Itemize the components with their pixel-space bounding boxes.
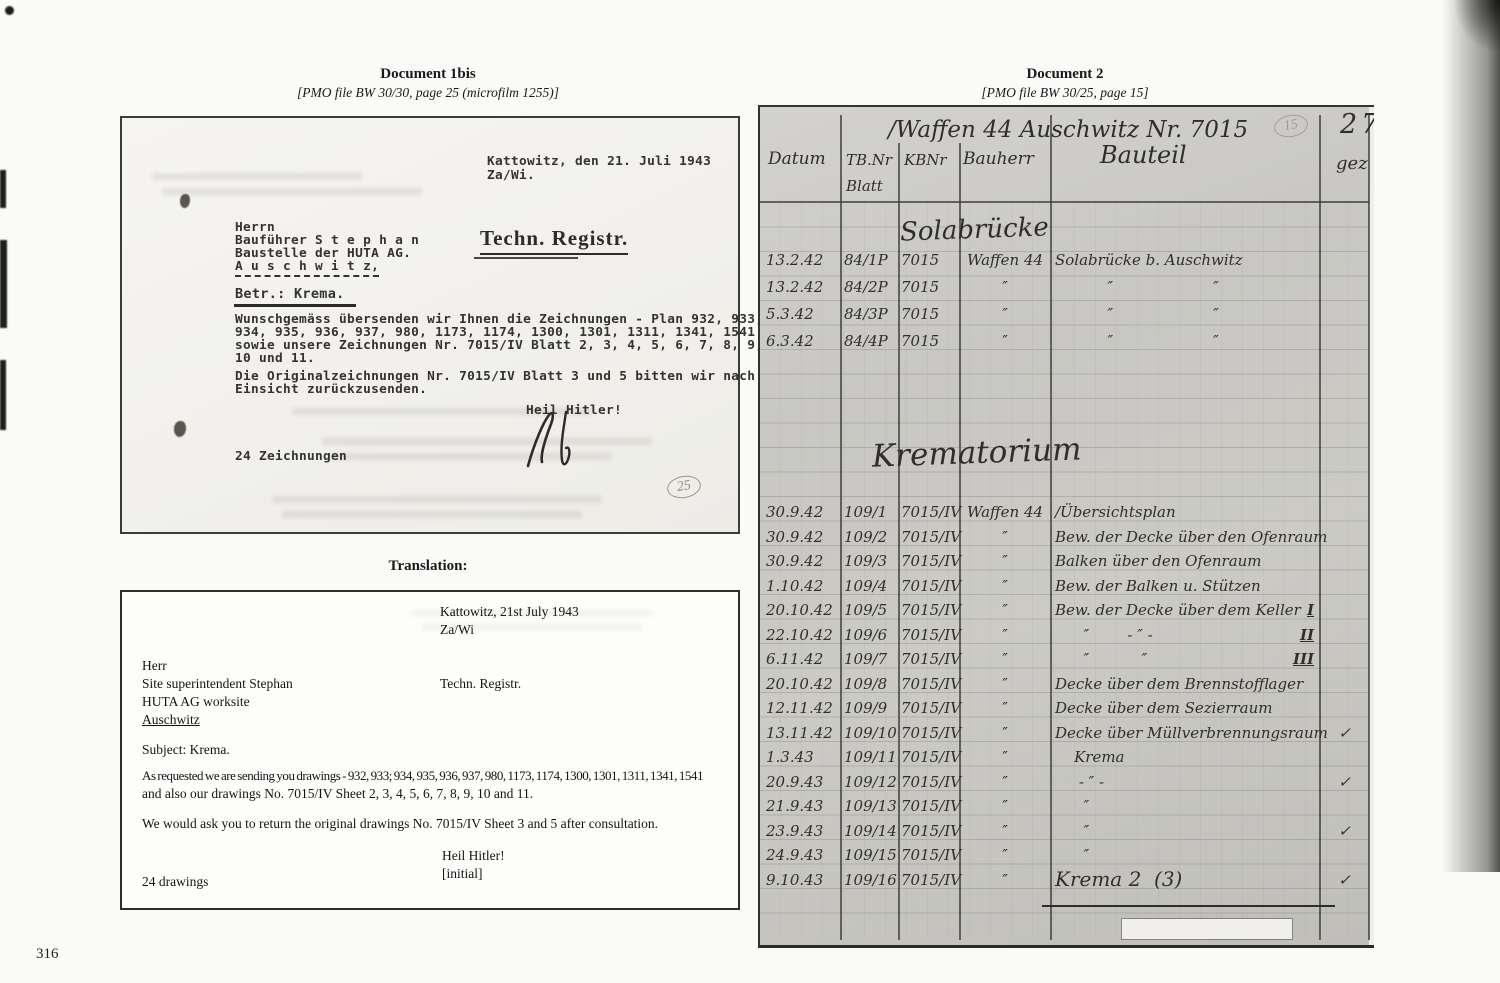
ledger-bauteil: ″	[1055, 797, 1317, 815]
ledger-bauherr: ″	[961, 699, 1049, 717]
subject-underline	[234, 304, 356, 307]
ledger-date: 21.9.43	[766, 797, 838, 815]
ledger-bauteil: Decke über dem Brennstofflager	[1055, 675, 1317, 693]
ledger-date: 13.2.42	[766, 251, 838, 269]
translation-body-line: As requested we are sending you drawings…	[142, 768, 703, 784]
roman-numeral-mark: II	[1276, 626, 1314, 644]
ledger-tb-nr: 109/5	[844, 601, 898, 619]
ledger-row: 1.10.42109/47015/IV″Bew. der Balken u. S…	[760, 577, 1374, 602]
ledger-date: 12.11.42	[766, 699, 838, 717]
ledger-row: 21.9.43109/137015/IV″ ″	[760, 797, 1374, 822]
ledger-date: 30.9.42	[766, 528, 838, 546]
translation-recipient-line: Site superintendent Stephan	[142, 676, 293, 692]
ledger-bauteil: Decke über dem Sezierraum	[1055, 699, 1317, 717]
translation-recipient-line: Herr	[142, 658, 167, 674]
ledger-row: 30.9.42109/27015/IV″Bew. der Decke über …	[760, 528, 1374, 553]
photocopy-mark	[0, 170, 6, 208]
translation-date: Kattowitz, 21st July 1943	[440, 604, 579, 620]
ink-smudge	[180, 194, 190, 208]
ledger-row: 5.3.4284/3P7015″ ″ ″	[760, 305, 1374, 332]
ledger-bauherr: Waffen 44	[961, 503, 1049, 521]
ledger-bauherr: ″	[961, 528, 1049, 546]
translation-heading: Translation:	[120, 558, 736, 575]
ledger-bauherr: ″	[961, 871, 1049, 889]
letter-body-line: Einsicht zurückzusenden.	[235, 383, 427, 397]
ledger-section-heading: Solabrücke	[900, 212, 1050, 247]
ledger-tb-nr: 109/7	[844, 650, 898, 668]
ledger-tb-nr: 109/15	[844, 846, 898, 864]
ledger-date: 1.10.42	[766, 577, 838, 595]
book-page-number: 316	[36, 946, 59, 963]
ledger-row: 6.3.4284/4P7015″ ″ ″	[760, 332, 1374, 359]
translation-recipient-line: HUTA AG worksite	[142, 694, 250, 710]
binding-shadow	[1442, 0, 1500, 872]
ledger-bauteil: Balken über den Ofenraum	[1055, 552, 1317, 570]
translation-closing: Heil Hitler!	[442, 848, 505, 864]
bleedthrough	[322, 438, 652, 445]
document-2-title: Document 2	[758, 66, 1372, 83]
ledger-tb-nr: 109/10	[844, 724, 898, 742]
ledger-bauteil: - ″ -	[1055, 773, 1317, 791]
ledger-row: 6.11.42109/77015/IV″ ″ ″III	[760, 650, 1374, 675]
ledger-date: 23.9.43	[766, 822, 838, 840]
krema-underline	[1042, 905, 1335, 907]
document-2-scan: /Waffen 44 Auschwitz Nr. 7015 15 27 Datu…	[758, 105, 1374, 948]
check-mark: ✓	[1322, 871, 1367, 889]
ledger-bauherr: ″	[961, 675, 1049, 693]
ledger-header-bauteil: Bauteil	[1100, 141, 1187, 169]
ledger-row: 22.10.42109/67015/IV″ ″ - ″ -II	[760, 626, 1374, 651]
ledger-bauteil: /Übersichtsplan	[1055, 503, 1317, 521]
ledger-date: 9.10.43	[766, 871, 838, 889]
ledger-date: 13.11.42	[766, 724, 838, 742]
ledger-kb-nr: 7015/IV	[901, 822, 958, 840]
letter-recipient-city: A u s c h w i t z,	[235, 260, 379, 277]
ledger-row: 1.3.43109/117015/IV″ Krema	[760, 748, 1374, 773]
ledger-bauteil: ″ ″	[1055, 305, 1317, 323]
translation-stamp: Techn. Registr.	[440, 676, 521, 692]
ledger-tb-nr: 109/16	[844, 871, 898, 889]
ledger-bauherr: ″	[961, 822, 1049, 840]
ledger-row: 20.10.42109/87015/IV″Decke über dem Bren…	[760, 675, 1374, 700]
ledger-bauherr: ″	[961, 748, 1049, 766]
ledger-kb-nr: 7015/IV	[901, 699, 958, 717]
ledger-tb-nr: 109/11	[844, 748, 898, 766]
ledger-header-bauherr: Bauherr	[963, 149, 1034, 169]
ledger-bauherr: ″	[961, 724, 1049, 742]
ledger-row: 20.10.42109/57015/IV″Bew. der Decke über…	[760, 601, 1374, 626]
ledger-header-gez: gez	[1336, 153, 1368, 174]
ledger-bauherr: ″	[961, 650, 1049, 668]
ledger-row: 9.10.43109/167015/IV″Krema 2 (3)✓	[760, 871, 1374, 896]
ledger-kb-nr: 7015/IV	[901, 773, 958, 791]
photocopy-mark	[0, 360, 6, 430]
ledger-row: 13.2.4284/2P7015″ ″ ″	[760, 278, 1374, 305]
translation-initial: [initial]	[442, 866, 483, 882]
ledger-bauherr: ″	[961, 797, 1049, 815]
ledger-bauherr: ″	[961, 278, 1049, 296]
translation-recipient-city: Auschwitz	[142, 712, 200, 728]
ledger-bauteil: ″ ″	[1055, 278, 1317, 296]
ledger-kb-nr: 7015	[901, 278, 958, 296]
bleedthrough	[282, 511, 582, 518]
translation-body-line: We would ask you to return the original …	[142, 816, 658, 832]
ledger-kb-nr: 7015/IV	[901, 626, 958, 644]
ledger-bauherr: ″	[961, 773, 1049, 791]
check-mark: ✓	[1322, 822, 1367, 840]
ledger-date: 13.2.42	[766, 278, 838, 296]
roman-numeral-mark: III	[1276, 650, 1314, 668]
ledger-row: 12.11.42109/97015/IV″Decke über dem Sezi…	[760, 699, 1374, 724]
translation-body-line: and also our drawings No. 7015/IV Sheet …	[142, 786, 533, 802]
ledger-tb-nr: 84/4P	[844, 332, 898, 350]
ledger-row: 13.2.4284/1P7015Waffen 44Solabrücke b. A…	[760, 251, 1374, 278]
ledger-tb-nr: 84/2P	[844, 278, 898, 296]
ledger-bauteil: ″ ″	[1055, 332, 1317, 350]
ledger-kb-nr: 7015/IV	[901, 871, 958, 889]
ledger-kb-nr: 7015/IV	[901, 503, 958, 521]
ink-smudge	[174, 421, 186, 437]
ledger-bauteil: Bew. der Balken u. Stützen	[1055, 577, 1317, 595]
archive-page-mark: 25	[665, 473, 702, 501]
ledger-date: 20.10.42	[766, 675, 838, 693]
ledger-date: 22.10.42	[766, 626, 838, 644]
ledger-date: 24.9.43	[766, 846, 838, 864]
ledger-bauherr: ″	[961, 601, 1049, 619]
ledger-kb-nr: 7015/IV	[901, 797, 958, 815]
corner-shadow	[1454, 0, 1500, 52]
ledger-rows-krematorium: 30.9.42109/17015/IVWaffen 44/Übersichtsp…	[760, 503, 1374, 895]
letter-date: Kattowitz, den 21. Juli 1943	[487, 155, 711, 169]
translation-ref: Za/Wi	[440, 622, 474, 638]
ledger-kb-nr: 7015/IV	[901, 650, 958, 668]
ledger-bauteil: Krema	[1055, 748, 1317, 766]
ledger-kb-nr: 7015/IV	[901, 552, 958, 570]
ledger-section-heading: Krematorium	[871, 431, 1082, 474]
ledger-bauherr: Waffen 44	[961, 251, 1049, 269]
ledger-kb-nr: 7015/IV	[901, 577, 958, 595]
ledger-date: 6.3.42	[766, 332, 838, 350]
ledger-header-datum: Datum	[768, 149, 826, 169]
ledger-bauteil: Decke über Müllverbrennungsraum	[1055, 724, 1317, 742]
ledger-row: 20.9.43109/127015/IV″ - ″ -✓	[760, 773, 1374, 798]
ledger-row: 13.11.42109/107015/IV″Decke über Müllver…	[760, 724, 1374, 749]
ledger-bauherr: ″	[961, 577, 1049, 595]
ledger-date: 30.9.42	[766, 552, 838, 570]
document-2-header: Document 2 [PMO file BW 30/25, page 15]	[758, 66, 1372, 101]
document-1bis-source: [PMO file BW 30/30, page 25 (microfilm 1…	[120, 85, 736, 101]
ledger-header-kb-nr: KBNr	[904, 151, 947, 169]
bleedthrough	[162, 188, 422, 195]
bleedthrough	[152, 173, 362, 180]
document-1bis-scan: Kattowitz, den 21. Juli 1943 Za/Wi. Herr…	[120, 116, 740, 534]
ledger-tb-nr: 109/2	[844, 528, 898, 546]
ledger-page-circle: 15	[1272, 112, 1309, 140]
ledger-kb-nr: 7015	[901, 305, 958, 323]
ledger-kb-nr: 7015/IV	[901, 601, 958, 619]
ledger-date: 5.3.42	[766, 305, 838, 323]
translation-enclosure: 24 drawings	[142, 874, 208, 890]
paper-patch	[1122, 919, 1292, 939]
ledger-date: 6.11.42	[766, 650, 838, 668]
ledger-kb-nr: 7015	[901, 332, 958, 350]
ledger-bauherr: ″	[961, 332, 1049, 350]
ledger-title: /Waffen 44 Auschwitz Nr. 7015	[888, 117, 1248, 143]
ledger-tb-nr: 109/4	[844, 577, 898, 595]
document-1bis-header: Document 1bis [PMO file BW 30/30, page 2…	[120, 66, 736, 101]
ledger-tb-nr: 109/3	[844, 552, 898, 570]
ledger-tb-nr: 109/12	[844, 773, 898, 791]
ledger-rows-solabruecke: 13.2.4284/1P7015Waffen 44Solabrücke b. A…	[760, 251, 1374, 359]
ledger-tb-nr: 84/1P	[844, 251, 898, 269]
ledger-date: 1.3.43	[766, 748, 838, 766]
ledger-kb-nr: 7015/IV	[901, 846, 958, 864]
document-2-source: [PMO file BW 30/25, page 15]	[758, 85, 1372, 101]
ledger-kb-nr: 7015/IV	[901, 748, 958, 766]
bleedthrough	[272, 496, 602, 503]
signature-initial	[514, 410, 594, 472]
ledger-tb-nr: 109/8	[844, 675, 898, 693]
techn-registr-stamp: Techn. Registr.	[480, 226, 628, 255]
ledger-date: 20.10.42	[766, 601, 838, 619]
ledger-bauherr: ″	[961, 552, 1049, 570]
translation-subject: Subject: Krema.	[142, 742, 230, 758]
check-mark: ✓	[1322, 724, 1367, 742]
ledger-tb-nr: 109/1	[844, 503, 898, 521]
ledger-kb-nr: 7015	[901, 251, 958, 269]
letter-subject: Betr.: Krema.	[235, 288, 345, 302]
ledger-bauherr: ″	[961, 305, 1049, 323]
ledger-row: 30.9.42109/17015/IVWaffen 44/Übersichtsp…	[760, 503, 1374, 528]
document-1bis-title: Document 1bis	[120, 66, 736, 83]
ledger-page-number: 27	[1340, 109, 1374, 140]
ledger-kb-nr: 7015/IV	[901, 675, 958, 693]
book-page: { "page": { "number": "316" }, "doc1": {…	[0, 0, 1500, 983]
ledger-bauteil: Bew. der Decke über den Ofenraum	[1055, 528, 1317, 546]
ledger-kb-nr: 7015/IV	[901, 724, 958, 742]
ledger-header-blatt: Blatt	[846, 177, 883, 195]
ledger-tb-nr: 109/6	[844, 626, 898, 644]
ledger-tb-nr: 109/13	[844, 797, 898, 815]
ledger-row: 30.9.42109/37015/IV″Balken über den Ofen…	[760, 552, 1374, 577]
ledger-tb-nr: 109/14	[844, 822, 898, 840]
photocopy-mark	[5, 6, 14, 15]
ledger-tb-nr: 84/3P	[844, 305, 898, 323]
letter-ref: Za/Wi.	[487, 169, 535, 183]
ledger-bauteil: ″	[1055, 822, 1317, 840]
letter-enclosure: 24 Zeichnungen	[235, 450, 347, 464]
ledger-bauteil: ″	[1055, 846, 1317, 864]
ledger-bauherr: ″	[961, 626, 1049, 644]
roman-numeral-mark: I	[1276, 601, 1314, 619]
ledger-bauteil: Solabrücke b. Auschwitz	[1055, 251, 1317, 269]
check-mark: ✓	[1322, 773, 1367, 791]
ledger-tb-nr: 109/9	[844, 699, 898, 717]
ledger-kb-nr: 7015/IV	[901, 528, 958, 546]
ledger-date: 30.9.42	[766, 503, 838, 521]
ledger-row: 23.9.43109/147015/IV″ ″✓	[760, 822, 1374, 847]
ledger-bauteil: Krema 2 (3)	[1055, 867, 1317, 891]
table-line	[760, 201, 1369, 203]
ledger-bauherr: ″	[961, 846, 1049, 864]
photocopy-mark	[0, 240, 7, 328]
letter-body-line: 10 und 11.	[235, 352, 315, 366]
translation-box: Kattowitz, 21st July 1943 Za/Wi Herr Sit…	[120, 590, 740, 910]
ledger-date: 20.9.43	[766, 773, 838, 791]
ledger-header-tb-nr: TB.Nr	[846, 151, 892, 169]
